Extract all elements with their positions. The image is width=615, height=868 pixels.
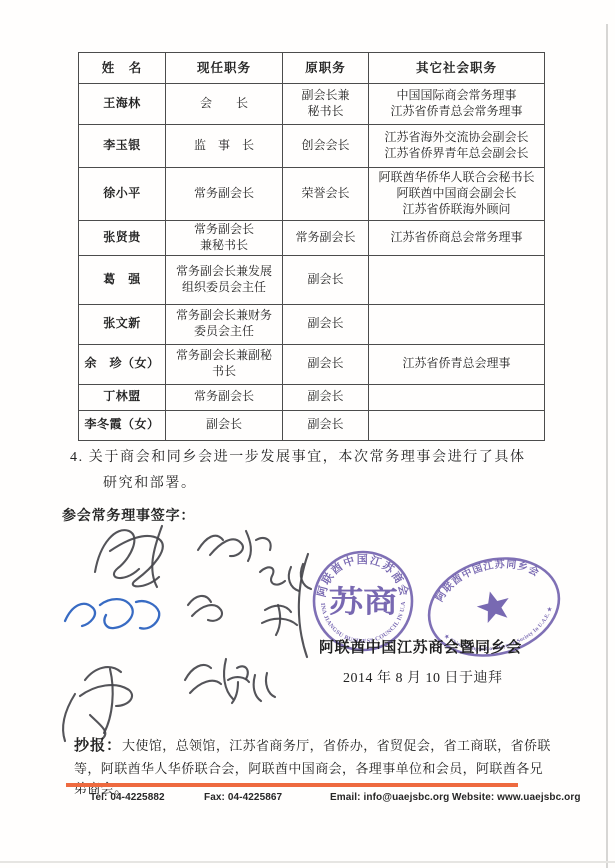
cell-former: 创会会长 xyxy=(283,125,369,168)
oval-stamp-cn-text: 阿联酋中国江苏同乡会 xyxy=(427,546,545,606)
cell-other: 中国国际商会常务理事 江苏省侨青总会常务理事 xyxy=(369,84,545,125)
officers-table: 姓 名 现任职务 原职务 其它社会职务 王海林 会 长 副会长兼 秘书长 中国国… xyxy=(78,52,545,441)
table-row: 丁林盟 常务副会长 副会长 xyxy=(79,384,545,410)
organization-name-line: 阿联酋中国江苏商会暨同乡会 xyxy=(319,636,522,657)
cell-name: 余 珍（女） xyxy=(79,344,166,384)
signature xyxy=(192,605,222,621)
signature xyxy=(100,599,133,628)
header-other-positions: 其它社会职务 xyxy=(369,53,545,84)
header-name: 姓 名 xyxy=(79,53,166,84)
cell-other: 江苏省海外交流协会副会长 江苏省侨界青年总会副会长 xyxy=(369,125,545,168)
header-current-position: 现任职务 xyxy=(166,53,283,84)
signature xyxy=(256,538,271,550)
signature xyxy=(85,667,121,680)
oval-stamp-star-icon xyxy=(474,587,514,624)
cell-current: 监 事 长 xyxy=(166,125,283,168)
agenda-item-4-line2: 研究和部署。 xyxy=(103,472,197,492)
cell-name: 李冬霞（女） xyxy=(79,410,166,440)
header-former-position: 原职务 xyxy=(283,53,369,84)
date-place-line: 2014 年 8 月 10 日于迪拜 xyxy=(343,667,503,687)
cell-former: 荣誉会长 xyxy=(283,168,369,221)
cell-former: 副会长 xyxy=(283,255,369,304)
cell-other: 江苏省侨商总会常务理事 xyxy=(369,221,545,256)
signature xyxy=(104,669,113,733)
cell-former: 副会长 xyxy=(283,304,369,344)
table-header-row: 姓 名 现任职务 原职务 其它社会职务 xyxy=(79,53,545,84)
cell-current: 常务副会长 xyxy=(166,168,283,221)
cell-former: 副会长 xyxy=(283,384,369,410)
table-row: 王海林 会 长 副会长兼 秘书长 中国国际商会常务理事 江苏省侨青总会常务理事 xyxy=(79,84,545,125)
footer-rule xyxy=(66,783,518,787)
signature xyxy=(80,685,132,706)
signature xyxy=(276,605,280,635)
cell-name: 张文新 xyxy=(79,304,166,344)
copy-to-label: 抄报： xyxy=(74,738,122,754)
cell-current: 常务副会长兼发展 组织委员会主任 xyxy=(166,255,283,304)
cell-current: 会 长 xyxy=(166,84,283,125)
signature xyxy=(254,675,261,701)
table-row: 徐小平 常务副会长 荣誉会长 阿联酋华侨华人联合会秘书长 阿联酋中国商会副会长 … xyxy=(79,168,545,221)
copy-to-text: 大使馆，总领馆，江苏省商务厅，省侨办，省贸促会，省工商联，省侨联等，阿联酋华人华… xyxy=(74,738,551,796)
signature xyxy=(198,536,223,550)
cell-former: 副会长 xyxy=(283,344,369,384)
table-row: 葛 强 常务副会长兼发展 组织委员会主任 副会长 xyxy=(79,255,545,304)
footer-website: Website: www.uaejsbc.org xyxy=(452,792,581,803)
footer-email: Email: info@uaejsbc.org xyxy=(330,792,449,803)
cell-current: 常务副会长 兼秘书长 xyxy=(166,221,283,256)
cell-current: 常务副会长兼财务 委员会主任 xyxy=(166,304,283,344)
scan-edge-bottom xyxy=(0,861,615,863)
scan-edge-right xyxy=(606,24,608,868)
round-stamp-logo: 苏商 xyxy=(329,585,398,618)
table-row: 李玉银 监 事 长 创会会长 江苏省海外交流协会副会长 江苏省侨界青年总会副会长 xyxy=(79,125,545,168)
signature xyxy=(65,604,95,626)
signature xyxy=(260,567,285,584)
cell-name: 葛 强 xyxy=(79,255,166,304)
agenda-item-4-line1: 4. 关于商会和同乡会进一步发展事宜，本次常务理事会进行了具体 xyxy=(70,446,570,466)
table-row: 余 珍（女） 常务副会长兼副秘 书长 副会长 江苏省侨青总会理事 xyxy=(79,344,545,384)
oval-stamp-cn-arc: 阿联酋中国江苏同乡会 xyxy=(427,546,545,606)
footer-fax: Fax: 04-4225867 xyxy=(204,792,282,803)
cell-current: 常务副会长 xyxy=(166,384,283,410)
signature xyxy=(63,694,75,741)
cell-former: 常务副会长 xyxy=(283,221,369,256)
cell-other: 阿联酋华侨华人联合会秘书长 阿联酋中国商会副会长 江苏省侨联海外顾问 xyxy=(369,168,545,221)
scanned-document-page: 姓 名 现任职务 原职务 其它社会职务 王海林 会 长 副会长兼 秘书长 中国国… xyxy=(0,0,615,868)
signature xyxy=(232,682,238,703)
cell-other xyxy=(369,255,545,304)
signature xyxy=(266,673,275,697)
signature xyxy=(185,665,211,680)
signature xyxy=(210,539,243,556)
cell-current: 常务副会长兼副秘 书长 xyxy=(166,344,283,384)
round-stamp: 阿联酋中国江苏商会 CHINA JIANGSU BUSINESS COUNCIL… xyxy=(300,540,412,650)
cell-former: 副会长兼 秘书长 xyxy=(283,84,369,125)
signature-ink-blue xyxy=(65,599,159,628)
table-row: 李冬霞（女） 副会长 副会长 xyxy=(79,410,545,440)
cell-name: 徐小平 xyxy=(79,168,166,221)
cell-other: 江苏省侨青总会理事 xyxy=(369,344,545,384)
cell-current: 副会长 xyxy=(166,410,283,440)
table-row: 张贤贵 常务副会长 兼秘书长 常务副会长 江苏省侨商总会常务理事 xyxy=(79,221,545,256)
cell-other xyxy=(369,410,545,440)
signature-ink-dark xyxy=(63,526,311,741)
copy-to-block: 抄报：大使馆，总领馆，江苏省商务厅，省侨办，省贸促会，省工商联，省侨联等，阿联酋… xyxy=(74,735,554,800)
signature xyxy=(188,596,211,605)
cell-name: 王海林 xyxy=(79,84,166,125)
cell-name: 李玉银 xyxy=(79,125,166,168)
cell-name: 丁林盟 xyxy=(79,384,166,410)
footer-tel: Tel: 04-4225882 xyxy=(90,792,165,803)
signature xyxy=(95,530,139,578)
signature xyxy=(190,681,221,693)
signature xyxy=(289,567,299,591)
cell-name: 张贤贵 xyxy=(79,221,166,256)
cell-other xyxy=(369,304,545,344)
cell-former: 副会长 xyxy=(283,410,369,440)
table-row: 张文新 常务副会长兼财务 委员会主任 副会长 xyxy=(79,304,545,344)
cell-other xyxy=(369,384,545,410)
signature xyxy=(136,601,159,628)
signature xyxy=(246,531,251,561)
